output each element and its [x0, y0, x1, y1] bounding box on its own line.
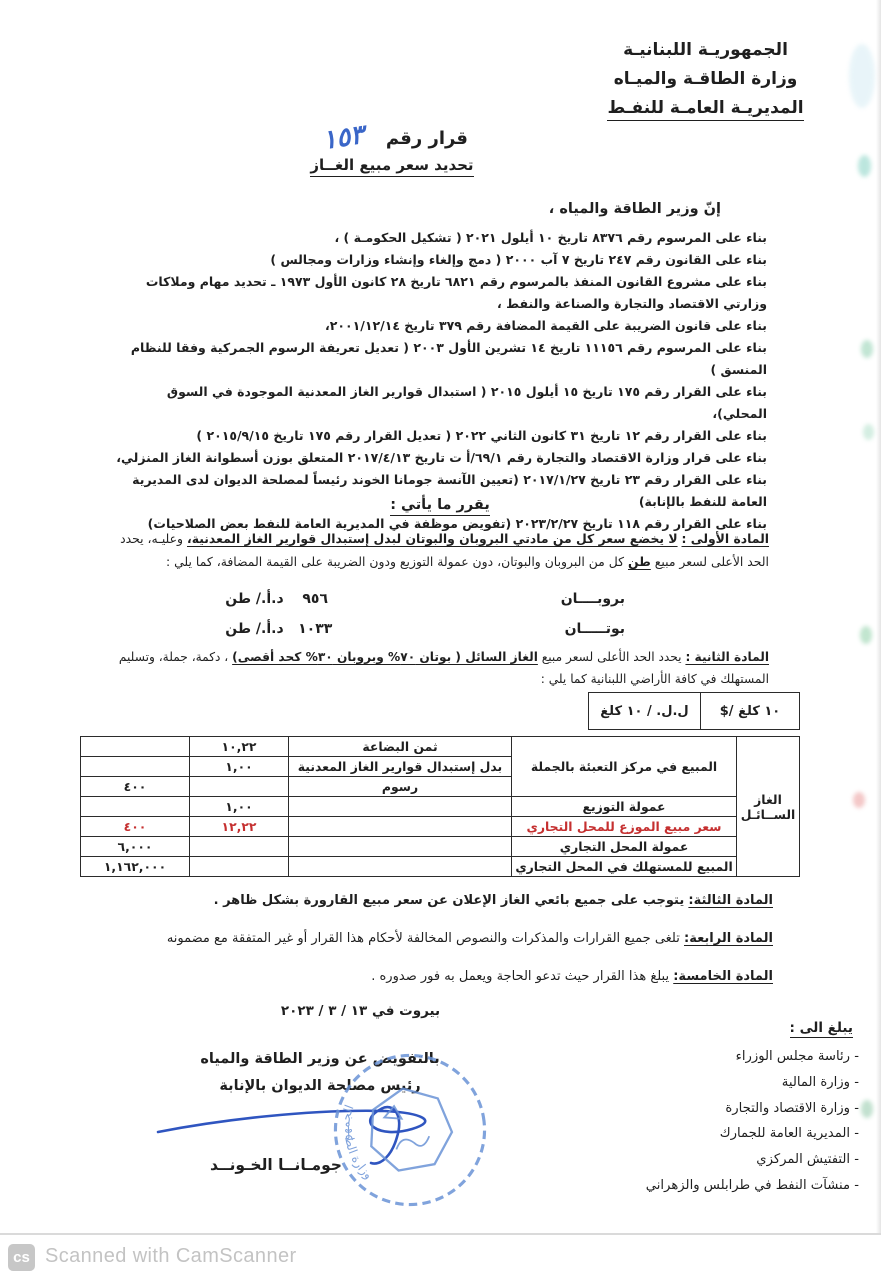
price-row-butane: بوتـــــان ١٠٣٣ د.أ./ طن	[195, 614, 625, 644]
article-5: المادة الخامسة: يبلغ هذا القرار حيث تدعو…	[110, 967, 773, 987]
distribution-item: - وزارة الاقتصاد والتجارة	[569, 1096, 859, 1122]
scanned-decree-page: { "doc": { "header": { "line1": "الجمهور…	[0, 0, 881, 1280]
letterhead: الجمهوريـة اللبنانيـة وزارة الطاقـة والم…	[548, 36, 863, 123]
distribution-item: - وزارة المالية	[569, 1070, 859, 1096]
article-1-ton: طن	[628, 554, 651, 569]
article-2-label: المادة الثانية :	[685, 650, 769, 664]
scan-artifact	[863, 424, 874, 440]
letterhead-republic: الجمهوريـة اللبنانيـة	[548, 36, 863, 65]
distribution-item: - المديرية العامة للجمارك	[569, 1121, 859, 1147]
scan-artifact	[853, 792, 865, 808]
basis-clause: بناء على المرسوم رقم ١١١٥٦ تاريخ ١٤ تشري…	[112, 337, 767, 381]
basis-clause: بناء على القرار رقم ١٧٥ تاريخ ١٥ أيلول ٢…	[112, 381, 767, 425]
wholesale-cell: المبيع في مركز التعبئة بالجملة	[512, 737, 737, 797]
camscanner-footer-text: Scanned with CamScanner	[45, 1245, 297, 1268]
distribution-item: - التفتيش المركزي	[569, 1147, 859, 1173]
article-4: المادة الرابعة: تلغى جميع القرارات والمذ…	[110, 929, 773, 949]
scan-artifact	[849, 44, 875, 108]
table-row: الغاز الســائـل المبيع في مركز التعبئة ب…	[81, 737, 800, 757]
scan-artifact	[860, 626, 872, 644]
basis-clause: بناء على القرار رقم ١٢ تاريخ ٣١ كانون ال…	[112, 425, 767, 447]
gas-column: الغاز الســائـل	[737, 737, 800, 877]
table-row: عمولة التوزيع ١,٠٠	[81, 797, 800, 817]
basis-clause: بناء على القانون رقم ٢٤٧ تاريخ ٧ آب ٢٠٠٠…	[112, 249, 767, 271]
article-1: المادة الأولى : لا يخضع سعر كل من مادتي …	[110, 527, 769, 573]
article-2-line2: المستهلك في كافة الأراضي اللبنانية كما ي…	[541, 672, 769, 686]
distribution-item: - رئاسة مجلس الوزراء	[569, 1044, 859, 1070]
article-2: المادة الثانية : يحدد الحد الأعلى لسعر م…	[108, 646, 769, 690]
scan-artifact	[858, 155, 871, 177]
camscanner-footer: cs Scanned with CamScanner	[0, 1233, 881, 1280]
articles-3-4-5: المادة الثالثة: يتوجب على جميع بائعي الغ…	[110, 891, 773, 1005]
price-table-header: ل.ل. / ١٠ كلغ $/ ١٠ كلغ	[588, 692, 800, 730]
table-row: المبيع للمستهلك في المحل التجاري ١,١٦٢,٠…	[81, 857, 800, 877]
operative-heading: يقرر ما يأتي :	[290, 497, 590, 513]
article-2-post: ، دكمة، جملة، وتسليم	[119, 650, 228, 664]
basis-clauses: بناء على المرسوم رقم ٨٣٧٦ تاريخ ١٠ أيلول…	[112, 227, 767, 535]
article-1-rest: كل من البروبان والبوتان، دون عمولة التوز…	[166, 554, 624, 569]
article-1-label: المادة الأولى :	[682, 531, 769, 546]
article-1-bold: لا يخضع سعر كل من مادتي البروبان والبوتا…	[187, 531, 678, 546]
table-row: عمولة المحل التجاري ٦,٠٠٠	[81, 837, 800, 857]
letterhead-directorate: المديريـة العامـة للنفـط	[548, 94, 863, 123]
place-date: بيروت في ١٣ / ٣ / ٢٠٢٣	[243, 1003, 478, 1019]
decree-subject: تحديد سعر مبيع الغــاز	[262, 156, 522, 174]
preamble-intro: إنّ وزير الطاقة والمياه ،	[549, 201, 721, 217]
decree-label: قرار رقم	[386, 128, 468, 149]
header-cell-usd: $/ ١٠ كلغ	[701, 693, 800, 730]
basis-clause: بناء على المرسوم رقم ٨٣٧٦ تاريخ ١٠ أيلول…	[112, 227, 767, 249]
price-row-propane: بروبــــان ٩٥٦ د.أ./ طن	[195, 584, 625, 614]
official-stamp-icon: الجمهورية اللبنانية وزارة الطاقة والمياه	[313, 1033, 508, 1228]
decree-number-handwritten: ١٥٣	[320, 120, 366, 156]
article-2-pre: يحدد الحد الأعلى لسعر مبيع	[542, 650, 682, 664]
article-3: المادة الثالثة: يتوجب على جميع بائعي الغ…	[110, 891, 773, 911]
header-cell-lbp: ل.ل. / ١٠ كلغ	[589, 693, 701, 730]
price-list: بروبــــان ٩٥٦ د.أ./ طن بوتـــــان ١٠٣٣ …	[195, 584, 625, 644]
letterhead-ministry: وزارة الطاقـة والميـاه	[548, 65, 863, 94]
price-table: الغاز الســائـل المبيع في مركز التعبئة ب…	[80, 736, 800, 877]
basis-clause: بناء على مشروع القانون المنفذ بالمرسوم ر…	[112, 271, 767, 315]
camscanner-logo-icon: cs	[8, 1244, 35, 1271]
scan-artifact	[861, 1100, 873, 1118]
table-row-distributor-price: سعر مبيع الموزع للمحل التجاري ١٢,٢٢ ٤٠٠	[81, 817, 800, 837]
basis-clause: بناء على قرار وزارة الاقتصاد والتجارة رق…	[112, 447, 767, 469]
scan-edge-shadow	[876, 0, 881, 1233]
distribution-item: - منشآت النفط في طرابلس والزهراني	[569, 1173, 859, 1199]
price-table-section: ل.ل. / ١٠ كلغ $/ ١٠ كلغ الغاز الســائـل …	[110, 692, 800, 877]
distribution-heading: يبلغ الى :	[790, 1020, 853, 1038]
decree-number-line: قرار رقم١٥٣	[270, 121, 520, 151]
article-2-bold: الغاز السائل ( بوتان ٧٠% وبروبان ٣٠% كحد…	[232, 650, 538, 664]
scan-artifact	[861, 340, 873, 358]
basis-clause: بناء على قانون الضريبة على القيمة المضاف…	[112, 315, 767, 337]
distribution-list: يبلغ الى : - رئاسة مجلس الوزراء - وزارة …	[569, 1020, 859, 1199]
